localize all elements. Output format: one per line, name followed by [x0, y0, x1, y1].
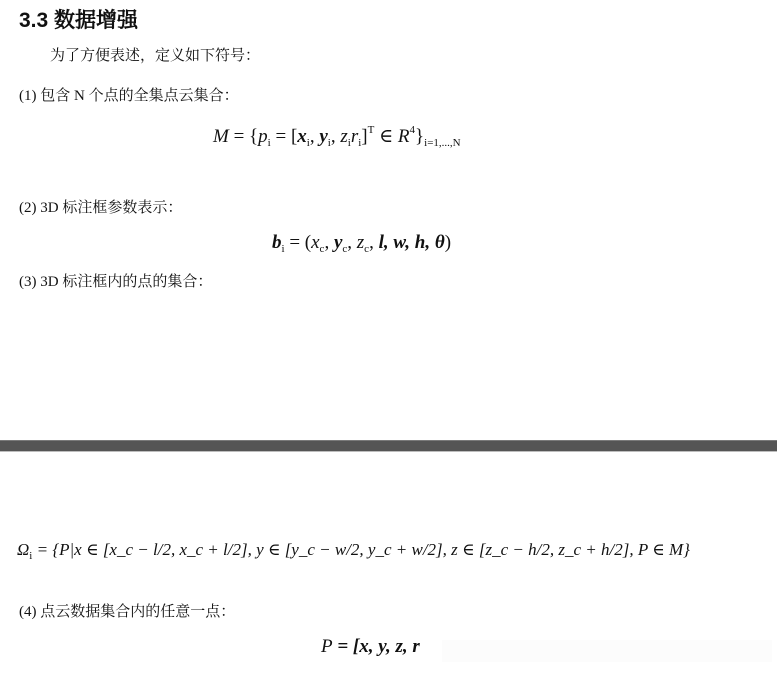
formula-symbol: R	[398, 126, 410, 147]
formula-body: = {P|x ∈ [x_c − l/2, x_c + l/2], y ∈ [y_…	[32, 540, 690, 559]
formula-symbol: M	[213, 126, 229, 147]
formula-symbol: p	[258, 126, 268, 147]
formula-symbol: = [x, y, z, r	[333, 636, 420, 657]
formula-symbol: ∈	[374, 126, 398, 147]
item-1-label: (1) 包含 N 个点的全集点云集合：	[19, 84, 239, 105]
formula-symbol: x	[311, 232, 319, 253]
section-heading: 3.3 数据增强	[19, 4, 138, 34]
formula-arbitrary-point: P = [x, y, z, r	[321, 636, 420, 658]
item-3-label: (3) 3D 标注框内的点的集合：	[19, 270, 212, 291]
formula-symbol: P	[321, 636, 333, 657]
formula-symbol: b	[272, 232, 282, 253]
page-divider	[0, 440, 777, 452]
item-2-label: (2) 3D 标注框参数表示：	[19, 196, 182, 217]
formula-subscript: i=1,...,N	[424, 137, 460, 149]
formula-symbol: )	[445, 232, 451, 253]
formula-subscript: c	[342, 243, 347, 255]
formula-symbol: = [	[271, 126, 298, 147]
formula-symbol: = (	[285, 232, 312, 253]
formula-symbol: }	[415, 126, 424, 147]
formula-subscript: i	[328, 137, 331, 149]
intro-paragraph: 为了方便表述，定义如下符号：	[50, 44, 260, 65]
formula-symbol: z	[340, 126, 347, 147]
formula-symbol: y	[319, 126, 327, 147]
item-4-label: (4) 点云数据集合内的任意一点：	[19, 600, 235, 621]
formula-subscript: c	[364, 243, 369, 255]
formula-symbol: Ω	[17, 540, 29, 559]
formula-bbox-params: bi = (xc, yc, zc, l, w, h, θ)	[272, 232, 451, 255]
formula-symbol: l, w, h, θ	[379, 232, 445, 253]
occluding-overlay	[442, 640, 772, 662]
formula-subscript: i	[307, 137, 310, 149]
formula-point-cloud-set: M = {pi = [xi, yi, ziri]T ∈ R4}i=1,...,N	[213, 124, 461, 149]
formula-subscript: c	[320, 243, 325, 255]
formula-symbol: = {	[229, 126, 258, 147]
formula-points-in-box: Ωi = {P|x ∈ [x_c − l/2, x_c + l/2], y ∈ …	[17, 540, 690, 562]
formula-symbol: x	[297, 126, 307, 147]
